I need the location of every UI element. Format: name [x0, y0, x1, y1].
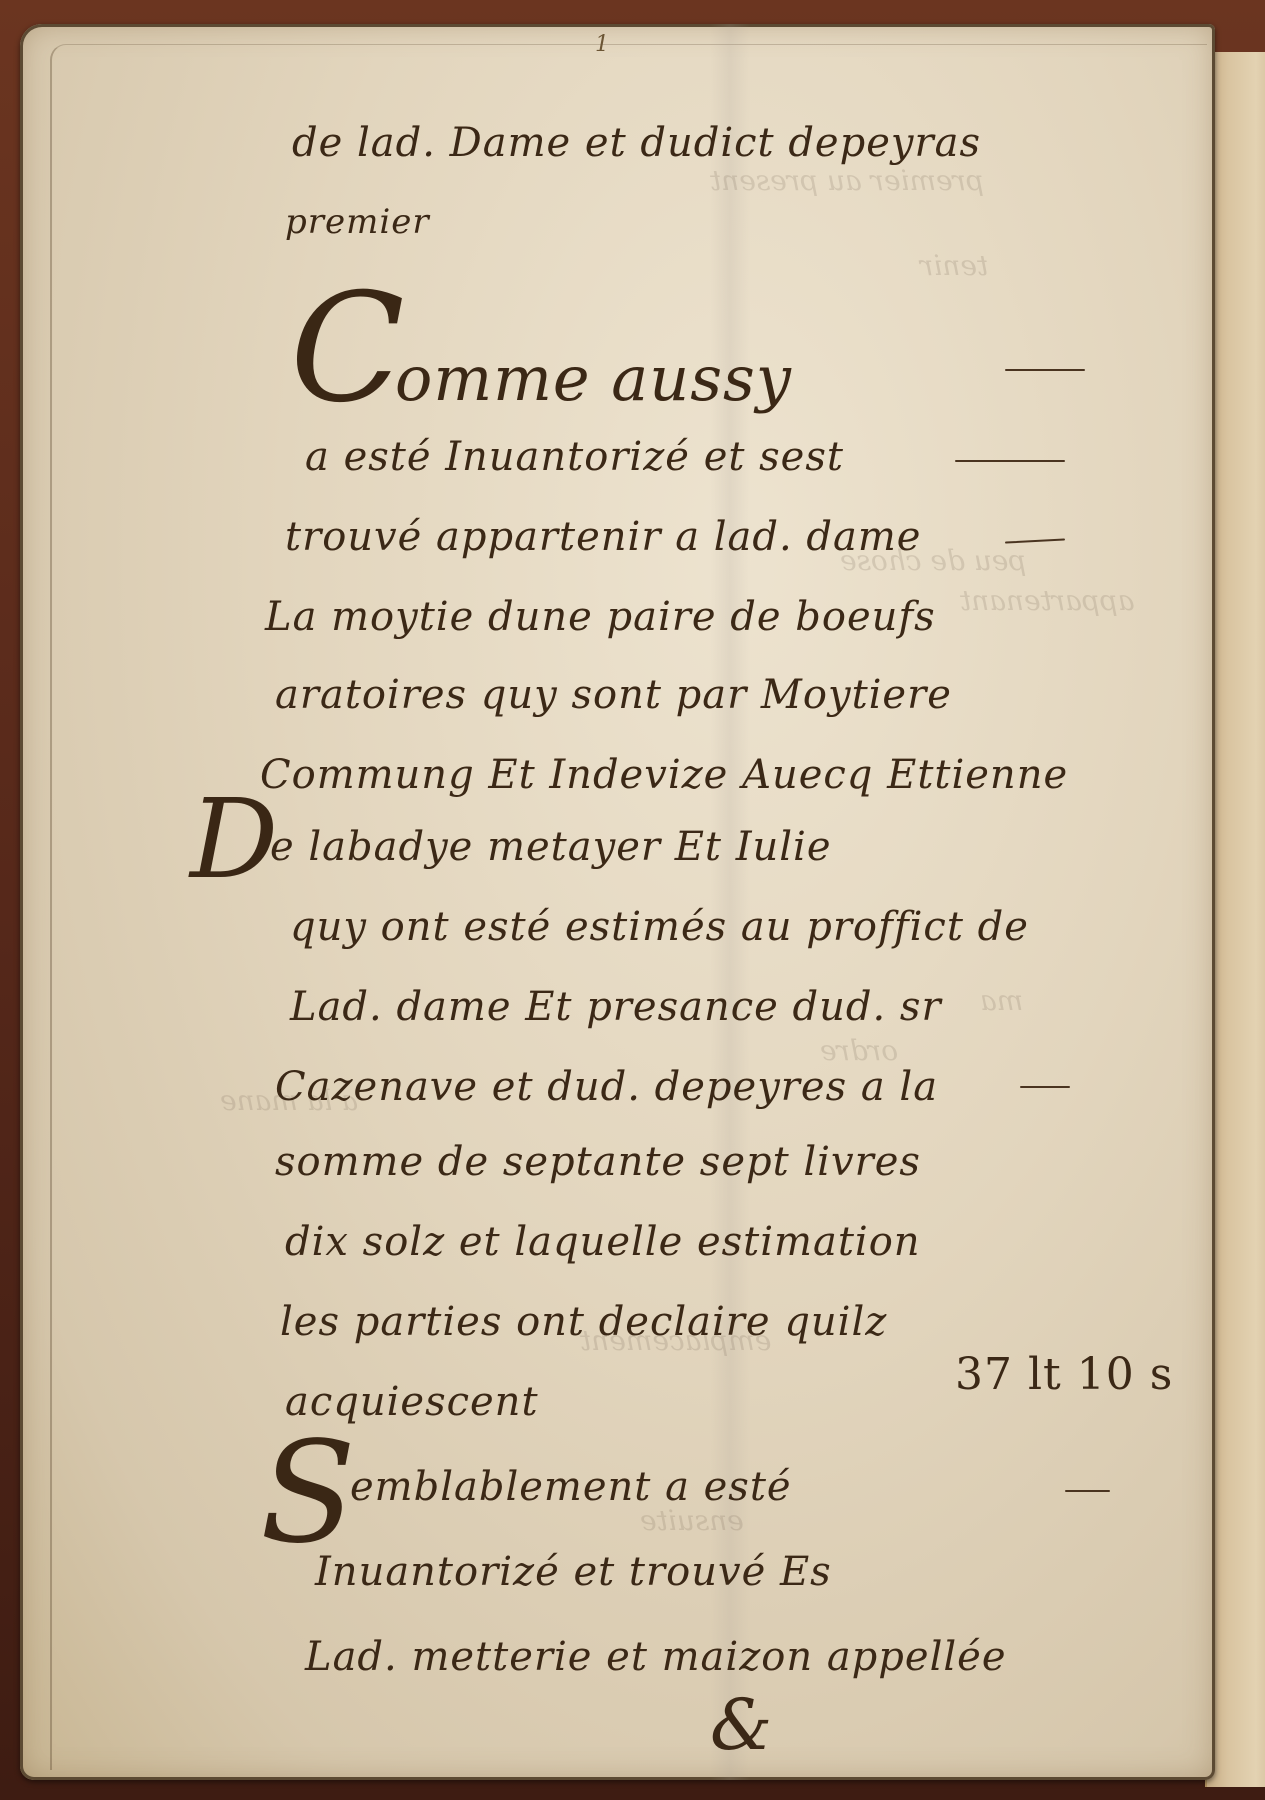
manuscript-line-9: e labadye metayer Et Iulie	[270, 824, 832, 870]
manuscript-line-12: Cazenave et dud. depeyres a la	[275, 1064, 938, 1110]
line-filler-stroke	[955, 460, 1065, 462]
amount-total: 37 lt 10 s	[955, 1349, 1173, 1400]
manuscript-page: premier au present tenir peu de chose ap…	[20, 24, 1215, 1780]
manuscript-line-8: Commung Et Indevize Auecq Ettienne	[260, 752, 1068, 798]
page-number: 1	[595, 32, 610, 57]
bleed-through-text: appartenant	[960, 584, 1134, 617]
line-filler-stroke	[1020, 1086, 1070, 1088]
manuscript-line-10: quy ont esté estimés au proffict de	[290, 904, 1029, 950]
manuscript-line-15: les parties ont declaire quilz	[280, 1299, 887, 1345]
manuscript-line-2: premier	[285, 202, 430, 242]
manuscript-line-5: trouvé appartenir a lad. dame	[285, 514, 921, 560]
bleed-through-text: ordre	[820, 1034, 898, 1067]
line-filler-stroke	[1065, 1490, 1110, 1492]
manuscript-line-3: omme aussy	[395, 342, 792, 415]
manuscript-line-11: Lad. dame Et presance dud. sr	[290, 984, 942, 1030]
manuscript-line-19: Lad. metterie et maizon appellée	[305, 1634, 1007, 1680]
bleed-through-text: ma	[980, 984, 1023, 1017]
manuscript-line-1: de lad. Dame et dudict depeyras	[292, 120, 981, 166]
manuscript-line-13: somme de septante sept livres	[275, 1139, 921, 1185]
manuscript-line-7: aratoires quy sont par Moytiere	[275, 672, 952, 718]
manuscript-line-18: Inuantorizé et trouvé Es	[315, 1549, 832, 1595]
manuscript-line-17: emblablement a esté	[350, 1464, 792, 1510]
decorated-initial-c: C	[290, 274, 406, 424]
bleed-through-text: premier au present	[710, 164, 984, 197]
line-filler-stroke	[1005, 369, 1085, 371]
decorated-initial-s: S	[260, 1424, 357, 1564]
manuscript-line-6: La moytie dune paire de boeufs	[265, 594, 936, 640]
catchword: &	[710, 1684, 773, 1766]
manuscript-line-14: dix solz et laquelle estimation	[285, 1219, 921, 1265]
line-filler-stroke	[1005, 538, 1065, 543]
decorated-initial-d: D	[190, 784, 279, 894]
manuscript-line-4: a esté Inuantorizé et sest	[305, 434, 844, 480]
bleed-through-text: tenir	[920, 249, 988, 282]
